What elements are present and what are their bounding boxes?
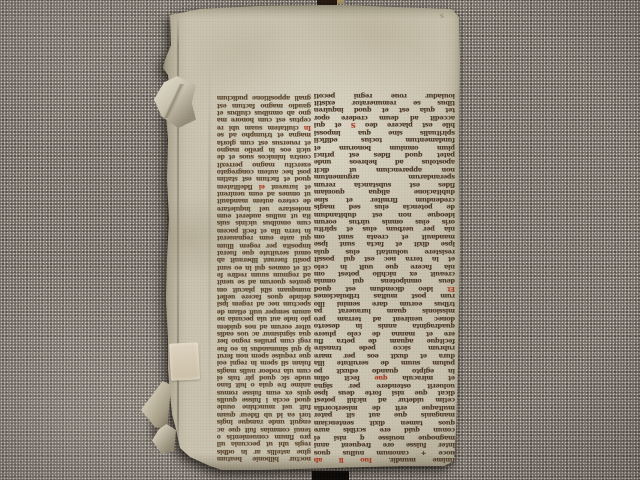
text-line: multaque erit de misericordia — [314, 404, 455, 411]
text-line: non apparencium ut dicit — [314, 166, 455, 173]
wood-edge — [337, 0, 344, 4]
text-line: fides est substancia rerum — [314, 180, 455, 187]
text-line: qui ante eum regnauerat — [217, 234, 311, 241]
text-line: ceptus est cum honore ma — [217, 116, 311, 123]
text-line: tibus se remunerator existit — [314, 99, 455, 106]
text-line: cum omnibus uicinis suis — [217, 219, 311, 226]
text-line: sperandarum argumentum — [314, 173, 455, 180]
text-line: resistere uoluntati eius quia — [314, 247, 455, 254]
text-line: Et ideo dicendum est quod — [314, 285, 455, 292]
text-line: quod eccia i fuisse quulis — [217, 396, 311, 403]
text-line: magna et triumpho ad se — [217, 131, 311, 138]
text-line: pro finum conuenientis o — [217, 433, 311, 440]
text-line: credendum firmiter et sine — [314, 195, 455, 202]
text-line: regis ubi ut peccunia uil — [217, 440, 311, 447]
text-line: pio inde aut uia pecunia ne — [217, 315, 311, 322]
text-line: inter fuisse ore frequent anni — [314, 441, 455, 448]
text-line: accedit ad deum credere opor — [314, 113, 455, 120]
text-line: pium omnium bonorum et — [314, 143, 455, 150]
text-line: molestare uel inquietare — [217, 204, 311, 211]
text-line: pulum suum de seruitute illa — [314, 359, 455, 366]
secondary-fold-line — [208, 65, 211, 445]
text-line: in egipto quando eduxit po — [314, 366, 455, 373]
text-line: tori ea id ub fideur quam — [217, 410, 311, 417]
text-line: conun quid ere scribis aure — [314, 426, 455, 433]
text-line: enguit unde ramque ingis — [217, 418, 311, 425]
text-line: spectum nec ad regem ipsi — [217, 300, 311, 307]
text-line: imposita per regem illum — [217, 241, 311, 248]
clamp-bottom — [312, 471, 349, 480]
photo-scene: x noctur bilbonie heatumgine astellis ar… — [0, 0, 640, 480]
text-line: et reuersus est cum gloria — [217, 138, 311, 145]
text-line: uicit eos in prelio magno — [217, 146, 311, 153]
text-column-left: noctur bilbonie heatumgine astellis ar i… — [217, 94, 311, 462]
text-line: post hec autem congregato — [217, 168, 311, 175]
text-line: uoluerit ostendere per signa — [314, 381, 455, 388]
text-line: anum semper uult etiam de — [217, 307, 311, 314]
text-line: manganis que aut sit pater — [314, 411, 455, 418]
text-line: gnali appositione pudicium — [217, 94, 311, 101]
text-line: et iurarent ei fidelitatem — [217, 182, 311, 189]
tear-flap-crease — [164, 84, 186, 118]
text-line: fecitque aquam de petra flu — [314, 337, 455, 344]
text-line: gno ab omnibus ciuibus et — [217, 109, 311, 116]
text-line: iouiadur roue regni pecoti — [314, 91, 455, 98]
text-line: rubrum sicco pede transire — [314, 344, 455, 351]
text-line: deus omnipotens qui omnia — [314, 277, 455, 284]
text-line: apostolus ad hebreos unde — [314, 158, 455, 165]
text-line: tet quia est et quod inquiren — [314, 106, 455, 113]
text-line: gentes quorum ad se uenit — [217, 278, 311, 285]
text-line: quadraginta annis in deserto — [314, 322, 455, 329]
text-line: numquam sibi placuit om — [217, 285, 311, 292]
text-line: qua signismur ac uos eadis — [217, 330, 311, 337]
text-line: ere et manna de celo pluere — [314, 329, 455, 336]
text-line: bile est placere deo S et qui — [314, 121, 455, 128]
text-line: de cetero autem mandauit — [217, 197, 311, 204]
text-line: fuit uel munchine ouule — [217, 403, 311, 410]
text-line: finime mundir. Iuo li ab — [314, 456, 455, 463]
text-line: gaudio magno factum est — [217, 101, 311, 108]
text-line: nia per uerbum eius et spiritu — [314, 225, 455, 232]
text-line: de potencia eius sed magis — [314, 203, 455, 210]
text-line: donec uenirent ad terram pro — [314, 314, 455, 321]
text-line: cum uia rodeor nulis magis — [217, 366, 311, 373]
text-line: spiritualis sine qua impossi — [314, 128, 455, 135]
text-line: fundamentum tocius edificii — [314, 136, 455, 143]
text-line: ut omnes ad eum uenirent — [217, 190, 311, 197]
text-line: In ciuitatem suam ubi re — [217, 123, 311, 130]
text-line: regi cum pruiles regno ber — [217, 337, 311, 344]
text-line: ideoque non est dubitandum — [314, 210, 455, 217]
text-line: ipse dixit et facta sunt ipse — [314, 240, 455, 247]
ink-scribble: x — [439, 12, 445, 21]
text-line: dubitacione aliqua quoniam — [314, 188, 455, 195]
text-line: in terra illa et fecit pacem — [217, 227, 311, 234]
text-line: mandauit et creata sunt om — [314, 232, 455, 239]
manuscript-page: x noctur bilbonie heatumgine astellis ar… — [160, 5, 462, 471]
text-line: contra inimicos suos et de — [217, 153, 311, 160]
text-line: creauit ex nichilo potest om — [314, 270, 455, 277]
text-line: patet quod fides est princi — [314, 151, 455, 158]
text-line: ita ut nullus auderet eum — [217, 212, 311, 219]
text-line: que requise spem non ferut — [217, 352, 311, 359]
text-line: exercitu magno perrexit — [217, 160, 311, 167]
text-line: nia facere que uult in celo — [314, 262, 455, 269]
text-line: cetim uidetur ad nichil potest — [314, 396, 455, 403]
text-line: noctur bilbonie heatum — [217, 455, 311, 462]
text-line: ad regnum suum redire fe — [217, 271, 311, 278]
text-line: uiter eorum ad nos quidem — [217, 322, 311, 329]
text-line: deinde quos facere uellet — [217, 293, 311, 300]
tape-patch — [169, 342, 200, 380]
text-line: dicat que nisi forte deus ipse — [314, 389, 455, 396]
text-line: rum post multas tribulaciones — [314, 292, 455, 299]
text-line: et miracula que fecit olim — [314, 374, 455, 381]
text-line: cit et omnes qui in eo sunt — [217, 263, 311, 270]
text-line: quod et factum est statim — [217, 175, 311, 182]
text-line: missionis quam iurauerat pa — [314, 307, 455, 314]
text-line: dura et duxit eos per mare — [314, 351, 455, 358]
text-line: omni seruitute que fuerat — [217, 249, 311, 256]
text-line: ip qui simmandus in eo fue — [217, 344, 311, 351]
text-line: fuiam sil spem in regni eoi — [217, 359, 311, 366]
text-line: quos tamen dixit sentenciam — [314, 418, 455, 425]
text-line: gine astellis ar in odbis — [217, 447, 311, 454]
text-line: tribus eorum dare semini illo — [314, 299, 455, 306]
text-line: positi fuerant liberauit ab — [217, 256, 311, 263]
text-line: magnoque nouisse q nisi ei — [314, 433, 455, 440]
text-line: tenui commias fuit que ac — [217, 425, 311, 432]
text-line: quis ex eum fuisse romus — [217, 388, 311, 395]
manuscript-page-wrapper: x noctur bilbonie heatumgine astellis ar… — [160, 5, 462, 471]
text-line: uoce + canonum nullus quos — [314, 448, 455, 455]
text-line: uude sic quod pir tuis ei — [217, 374, 311, 381]
text-line: anime fre quia o luit fano — [217, 381, 311, 388]
text-line: et in terra nec est qui possit — [314, 255, 455, 262]
text-line: oris eius omnis uirtus eorum — [314, 218, 455, 225]
text-column-right: finime mundir. Iuo li abuoce + canonum n… — [314, 91, 455, 463]
